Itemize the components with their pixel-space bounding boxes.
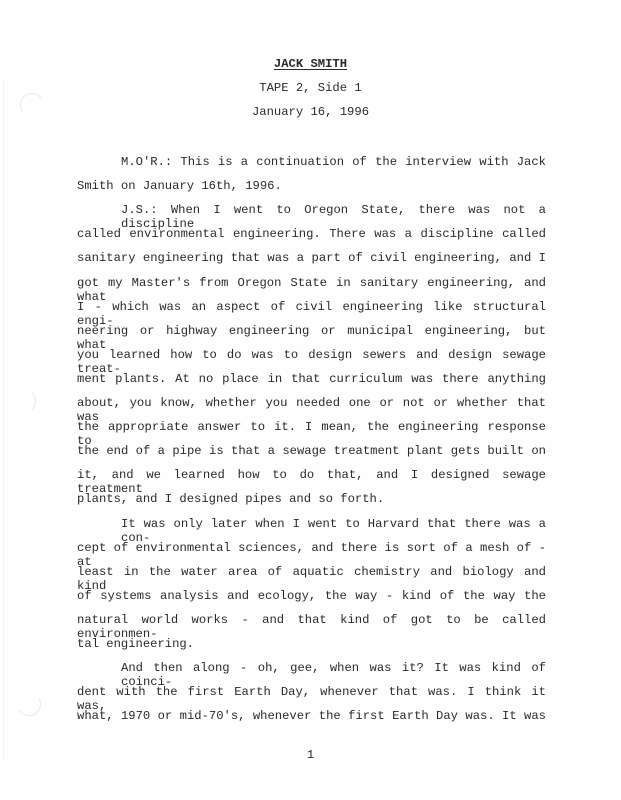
transcript-line: the end of a pipe is that a sewage treat… (77, 444, 546, 458)
transcript-line: least in the water area of aquatic chemi… (77, 565, 546, 579)
transcript-line: It was only later when I went to Harvard… (121, 517, 546, 531)
interview-date: January 16, 1996 (0, 105, 621, 119)
transcript-line: J.S.: When I went to Oregon State, there… (121, 203, 546, 217)
transcript-line: natural world works - and that kind of g… (77, 613, 546, 627)
transcript-line: called environmental engineering. There … (77, 227, 546, 241)
transcript-line: M.O'R.: This is a continuation of the in… (121, 155, 546, 169)
transcript-line: I - which was an aspect of civil enginee… (77, 300, 546, 314)
transcript-line: the appropriate answer to it. I mean, th… (77, 420, 546, 434)
transcript-line: plants, and I designed pipes and so fort… (77, 492, 546, 506)
transcript-page: JACK SMITH TAPE 2, Side 1 January 16, 19… (0, 0, 621, 800)
interviewee-name-heading: JACK SMITH (0, 57, 621, 71)
transcript-line: neering or highway engineering or munici… (77, 324, 546, 338)
transcript-line: dent with the first Earth Day, whenever … (77, 685, 546, 699)
transcript-line: And then along - oh, gee, when was it? I… (121, 661, 546, 675)
transcript-line: got my Master's from Oregon State in san… (77, 276, 546, 290)
transcript-line: of systems analysis and ecology, the way… (77, 589, 546, 603)
punch-hole-mark-bottom (14, 689, 43, 718)
transcript-line: you learned how to do was to design sewe… (77, 348, 546, 362)
page-number: 1 (0, 748, 621, 762)
transcript-line: cept of environmental sciences, and ther… (77, 541, 546, 555)
transcript-line: about, you know, whether you needed one … (77, 396, 546, 410)
transcript-line: sanitary engineering that was a part of … (77, 251, 546, 265)
scan-edge-shadow (3, 80, 4, 760)
transcript-line: tal engineering. (77, 637, 546, 651)
transcript-line: Smith on January 16th, 1996. (77, 179, 546, 193)
transcript-line: ment plants. At no place in that curricu… (77, 372, 546, 386)
tape-side-label: TAPE 2, Side 1 (0, 81, 621, 95)
transcript-line: what, 1970 or mid-70's, whenever the fir… (77, 709, 546, 723)
punch-hole-mark-middle (14, 389, 36, 413)
transcript-line: it, and we learned how to do that, and I… (77, 468, 546, 482)
